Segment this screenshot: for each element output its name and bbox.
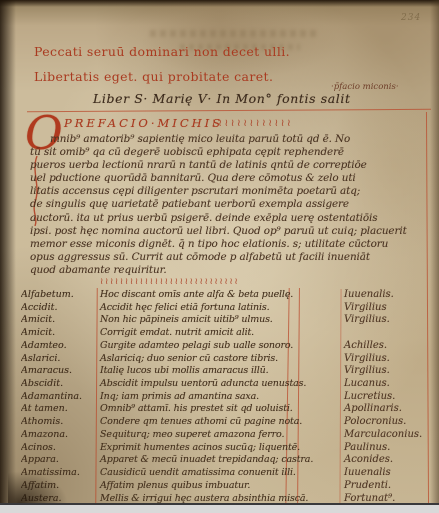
list-row: Amicit. Non hic pāpineis amicit uitib⁹ u… xyxy=(0,314,439,327)
author-cell: Marculaconius. xyxy=(344,429,436,442)
list-row: Amicit. Corrigit emdat. nutrit amicit al… xyxy=(0,327,439,340)
rubric-verse-2: Libertatis eget. qui probitate caret. xyxy=(34,69,273,84)
page-right-edge xyxy=(430,0,439,513)
keyword-cell: Abscidit. xyxy=(21,378,95,391)
list-row: Amaracus. Italię lucos ubi mollis amarac… xyxy=(0,365,439,378)
keyword-cell: Adamantina. xyxy=(21,391,95,404)
preface-line: memor esse miconis dignēt. q̄ n tipo hoc… xyxy=(30,238,439,251)
verse-cell: Non hic pāpineis amicit uitib⁹ ulmus. xyxy=(100,314,273,327)
keyword-cell: Appara. xyxy=(21,454,95,467)
verse-cell: Corrigit emdat. nutrit amicit alit. xyxy=(100,327,254,340)
list-row: Acinos. Exprimit humentes acinos sucūq; … xyxy=(0,442,439,455)
parchment-stain xyxy=(140,8,340,78)
page-top-edge xyxy=(0,0,439,7)
preface-line: pueros uerba lectionū nrarū n tantū de l… xyxy=(30,159,439,172)
verse-cell: Aslariciq; duo senior cū castore tibris. xyxy=(100,353,278,366)
preface-line: litatis accensus cępi diligenter pscruta… xyxy=(30,185,439,198)
verse-cell: Accidit hęc felici etiā fortuna latinis. xyxy=(100,302,269,315)
author-cell: Apollinaris. xyxy=(344,403,436,416)
list-row: Accidit. Accidit hęc felici etiā fortuna… xyxy=(0,302,439,315)
verse-cell: Inq; iam primis ad amantina saxa. xyxy=(100,391,259,404)
list-row: Appara. Apparet & mecū inuadet trepidand… xyxy=(0,454,439,467)
verse-cell: Abscidit impulsu uentorū aduncta uenusta… xyxy=(100,378,306,391)
list-row: Aslarici. Aslariciq; duo senior cū casto… xyxy=(0,353,439,366)
manuscript-page: 234 Peccati seruū dominari non decet ull… xyxy=(0,0,439,513)
author-cell: Polocronius. xyxy=(344,416,436,429)
verse-cell: Sequiturq; meo superet amazona ferro. xyxy=(100,429,284,442)
list-row: Adamteo. Gurgite adamteo pelagi sub uall… xyxy=(0,340,439,353)
author-cell: Prudenti. xyxy=(344,480,436,493)
ex-libris-line: Liber S· Marię V· In Mon° fontis salit xyxy=(93,91,351,106)
preface-line: quod abamante requiritur. xyxy=(30,264,439,277)
page-left-edge xyxy=(0,0,16,513)
preface-line: uel pductione quorūdā bannitarū. Qua der… xyxy=(30,172,439,185)
author-cell: Virgilius. xyxy=(344,365,436,378)
preface-line: tū sit omib⁹ qa cū degerē uobiscū ephipa… xyxy=(30,146,439,159)
list-row: Athomis. Condere qm tenues athomi cū pag… xyxy=(0,416,439,429)
list-flourish: ≀≀≀≀≀≀≀≀≀≀≀≀≀≀≀≀≀≀≀≀≀≀≀≀≀≀≀≀ xyxy=(100,277,239,287)
folio-number: 234 xyxy=(401,13,421,23)
keyword-cell: Adamteo. xyxy=(21,340,95,353)
verse-cell: Affatim plenus quibus imbuatur. xyxy=(100,480,250,493)
keyword-cell: Amazona. xyxy=(21,429,95,442)
author-cell: Lucanus. xyxy=(344,378,436,391)
preface-heading: PREFACIO·MICHIS xyxy=(64,116,223,130)
author-cell: Iuuenalis. xyxy=(344,289,436,302)
verse-cell: Gurgite adamteo pelagi sub ualle sonoro. xyxy=(100,340,293,353)
verse-cell: Omnib⁹ attamī. his prestet sit qd uoluis… xyxy=(100,403,293,416)
keyword-cell: Aslarici. xyxy=(21,353,95,366)
keyword-cell: Athomis. xyxy=(21,416,95,429)
author-cell: Aconides. xyxy=(344,454,436,467)
list-row: Alfabetum. Hoc discant omīs ante alfa & … xyxy=(0,289,439,302)
verse-cell: Italię lucos ubi mollis amaracus illū. xyxy=(100,365,268,378)
verse-cell: Condere qm tenues athomi cū pagine nota. xyxy=(100,416,302,429)
author-cell: Achilles. xyxy=(344,340,436,353)
preface-line: de singulis quę uarietatē patiebant uerb… xyxy=(30,198,439,211)
verse-cell: Apparet & mecū inuadet trepidandaq; cast… xyxy=(100,454,313,467)
rubric-verse-1: Peccati seruū dominari non decet ulli. xyxy=(34,44,290,59)
preface-line: auctorū. ita ut prius uerbū psigerē. dei… xyxy=(30,212,439,225)
author-cell: Virgilius. xyxy=(344,353,436,366)
keyword-cell: Amaracus. xyxy=(21,365,95,378)
preface-line: ipsi. post hęc nomina auctorū uel libri.… xyxy=(30,225,439,238)
showthrough-smudge xyxy=(150,30,320,37)
keyword-cell: Alfabetum. xyxy=(21,289,95,302)
keyword-cell: Accidit. xyxy=(21,302,95,315)
keyword-cell: Amicit. xyxy=(21,314,95,327)
list-row: Abscidit. Abscidit impulsu uentorū adunc… xyxy=(0,378,439,391)
preface-line: opus aggressus sū. Currit aut cōmode p a… xyxy=(30,251,439,264)
keyword-cell: Acinos. xyxy=(21,442,95,455)
heading-flourish: ≀≀≀≀≀≀≀≀≀≀≀≀≀ xyxy=(212,118,293,129)
verse-cell: Causidicū uendit amatissima conuenit ill… xyxy=(100,467,296,480)
verse-cell: Exprimit humentes acinos sucūq; liquentē… xyxy=(100,442,300,455)
list-row: At tamen. Omnib⁹ attamī. his prestet sit… xyxy=(0,403,439,416)
author-cell: Paulinus. xyxy=(344,442,436,455)
author-cell: Iuuenalis xyxy=(344,467,436,480)
author-cell: Virgilius. xyxy=(344,314,436,327)
preface-line: mnib⁹ amatorib⁹ sapientię mico leuita pa… xyxy=(50,133,439,146)
list-row: Adamantina. Inq; iam primis ad amantina … xyxy=(0,391,439,404)
scanner-strip xyxy=(0,503,439,513)
keyword-cell: At tamen. xyxy=(21,403,95,416)
preface-text: mnib⁹ amatorib⁹ sapientię mico leuita pa… xyxy=(0,133,439,277)
author-cell: Virgilius xyxy=(344,302,436,315)
verse-cell: Hoc discant omīs ante alfa & beta puellę… xyxy=(100,289,293,302)
author-cell: Lucretius. xyxy=(344,391,436,404)
keyword-cell: Amicit. xyxy=(21,327,95,340)
list-row: Amazona. Sequiturq; meo superet amazona … xyxy=(0,429,439,442)
